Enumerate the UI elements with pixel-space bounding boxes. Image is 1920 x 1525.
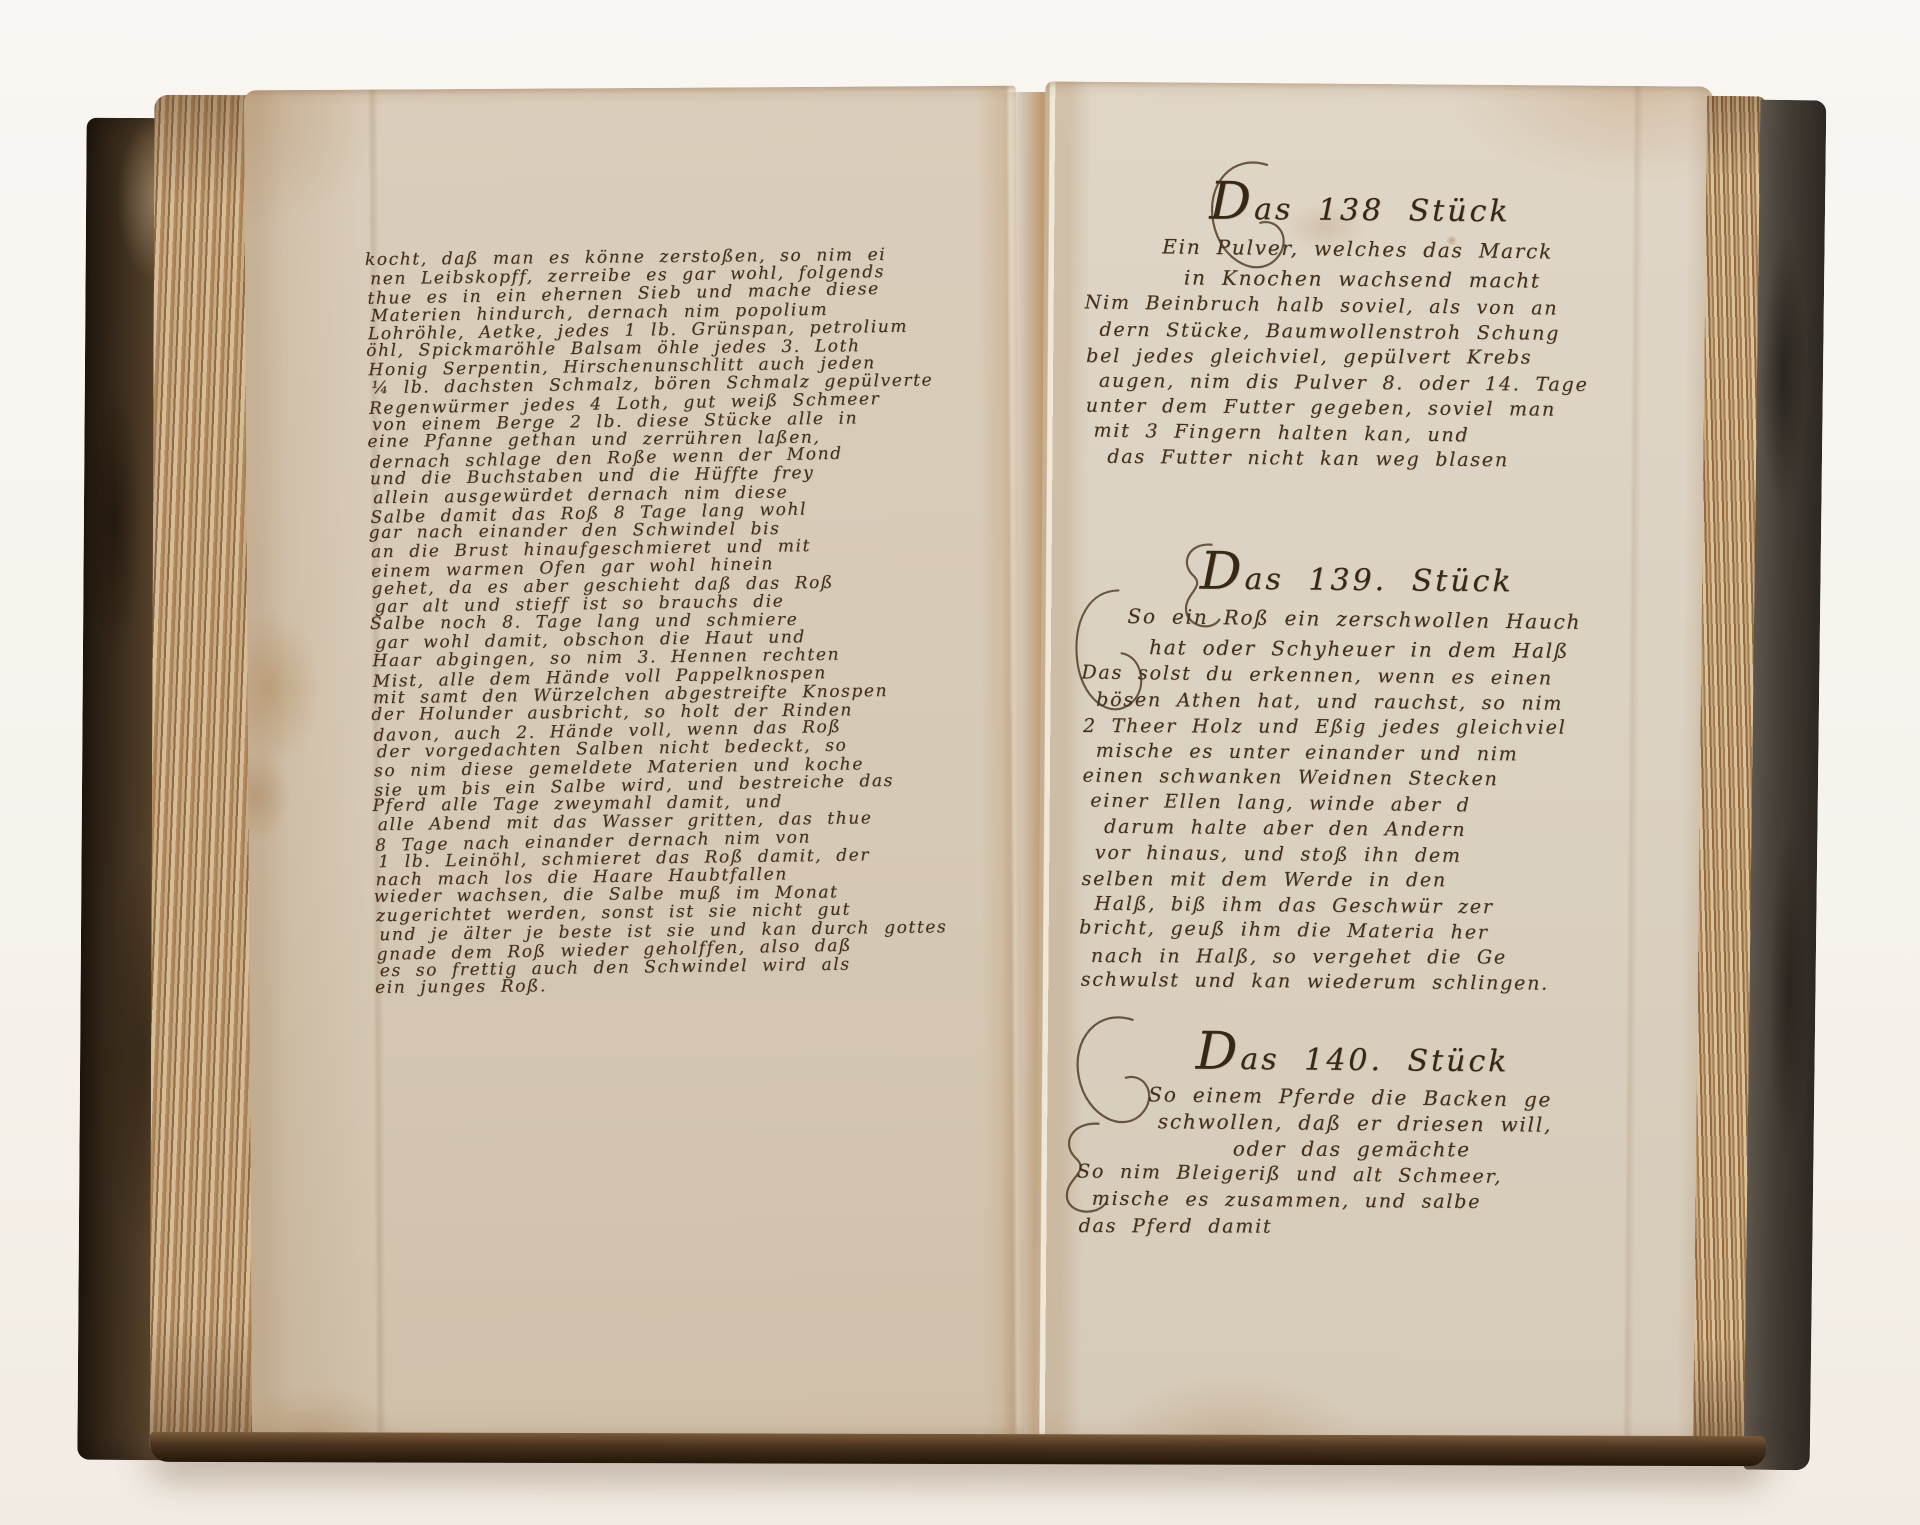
- handwritten-line: selben mit dem Werde in den: [1082, 867, 1627, 894]
- section-heading: Das 139. Stück: [1084, 548, 1629, 607]
- book-bottom-edge: [150, 1432, 1766, 1466]
- section-140: Das 140. Stück So einem Pferde die Backe…: [1078, 1028, 1625, 1243]
- section-subtitle: So ein Roß ein zerschwollen Hauchhat ode…: [1084, 602, 1630, 667]
- left-page-text-block: kocht, daß man es könne zerstoßen, so ni…: [367, 244, 989, 999]
- handwritten-line: schwollen, daß er driesen will,: [1082, 1108, 1627, 1139]
- handwritten-line: dern Stücke, Baumwollenstroh Schung: [1089, 317, 1634, 347]
- section-subtitle: So einem Pferde die Backen geschwollen, …: [1079, 1082, 1625, 1165]
- handwritten-line: das Pferd damit: [1079, 1213, 1624, 1241]
- section-heading: Das 138 Stück: [1087, 178, 1632, 237]
- section-body: Das solst du erkennen, wenn es einenböse…: [1081, 662, 1629, 998]
- handwritten-line: nach in Halß, so vergehet die Ge: [1081, 944, 1626, 971]
- section-body: So nim Bleigeriß und alt Schmeer,mische …: [1078, 1160, 1624, 1243]
- handwritten-line: mische es unter einander und nim: [1086, 738, 1631, 768]
- handwritten-line: bösen Athen hat, und rauchst, so nim: [1086, 687, 1631, 717]
- handwritten-line: 2 Theer Holz und Eßig jedes gleichviel: [1083, 714, 1628, 741]
- section-139: Das 139. Stück So ein Roß ein zerschwoll…: [1081, 548, 1630, 998]
- handwritten-line: bel jedes gleichviel, gepülvert Krebs: [1086, 344, 1631, 371]
- manuscript-photo: kocht, daß man es könne zerstoßen, so ni…: [0, 0, 1920, 1525]
- handwritten-line: augen, nim dis Pulver 8. oder 14. Tage: [1089, 368, 1634, 398]
- handwritten-line: vor hinaus, und stoß ihn dem: [1085, 840, 1630, 870]
- section-heading: Das 140. Stück: [1080, 1028, 1625, 1087]
- handwritten-line: schwulst und kan wiederum schlingen.: [1081, 968, 1626, 998]
- section-subtitle: Ein Pulver, welches das Marckin Knochen …: [1087, 232, 1633, 297]
- handwritten-line: mische es zusammen, und salbe: [1082, 1186, 1627, 1217]
- section-138: Das 138 Stück Ein Pulver, welches das Ma…: [1085, 178, 1633, 475]
- section-body: Nim Beinbruch halb soviel, als von ander…: [1085, 292, 1632, 475]
